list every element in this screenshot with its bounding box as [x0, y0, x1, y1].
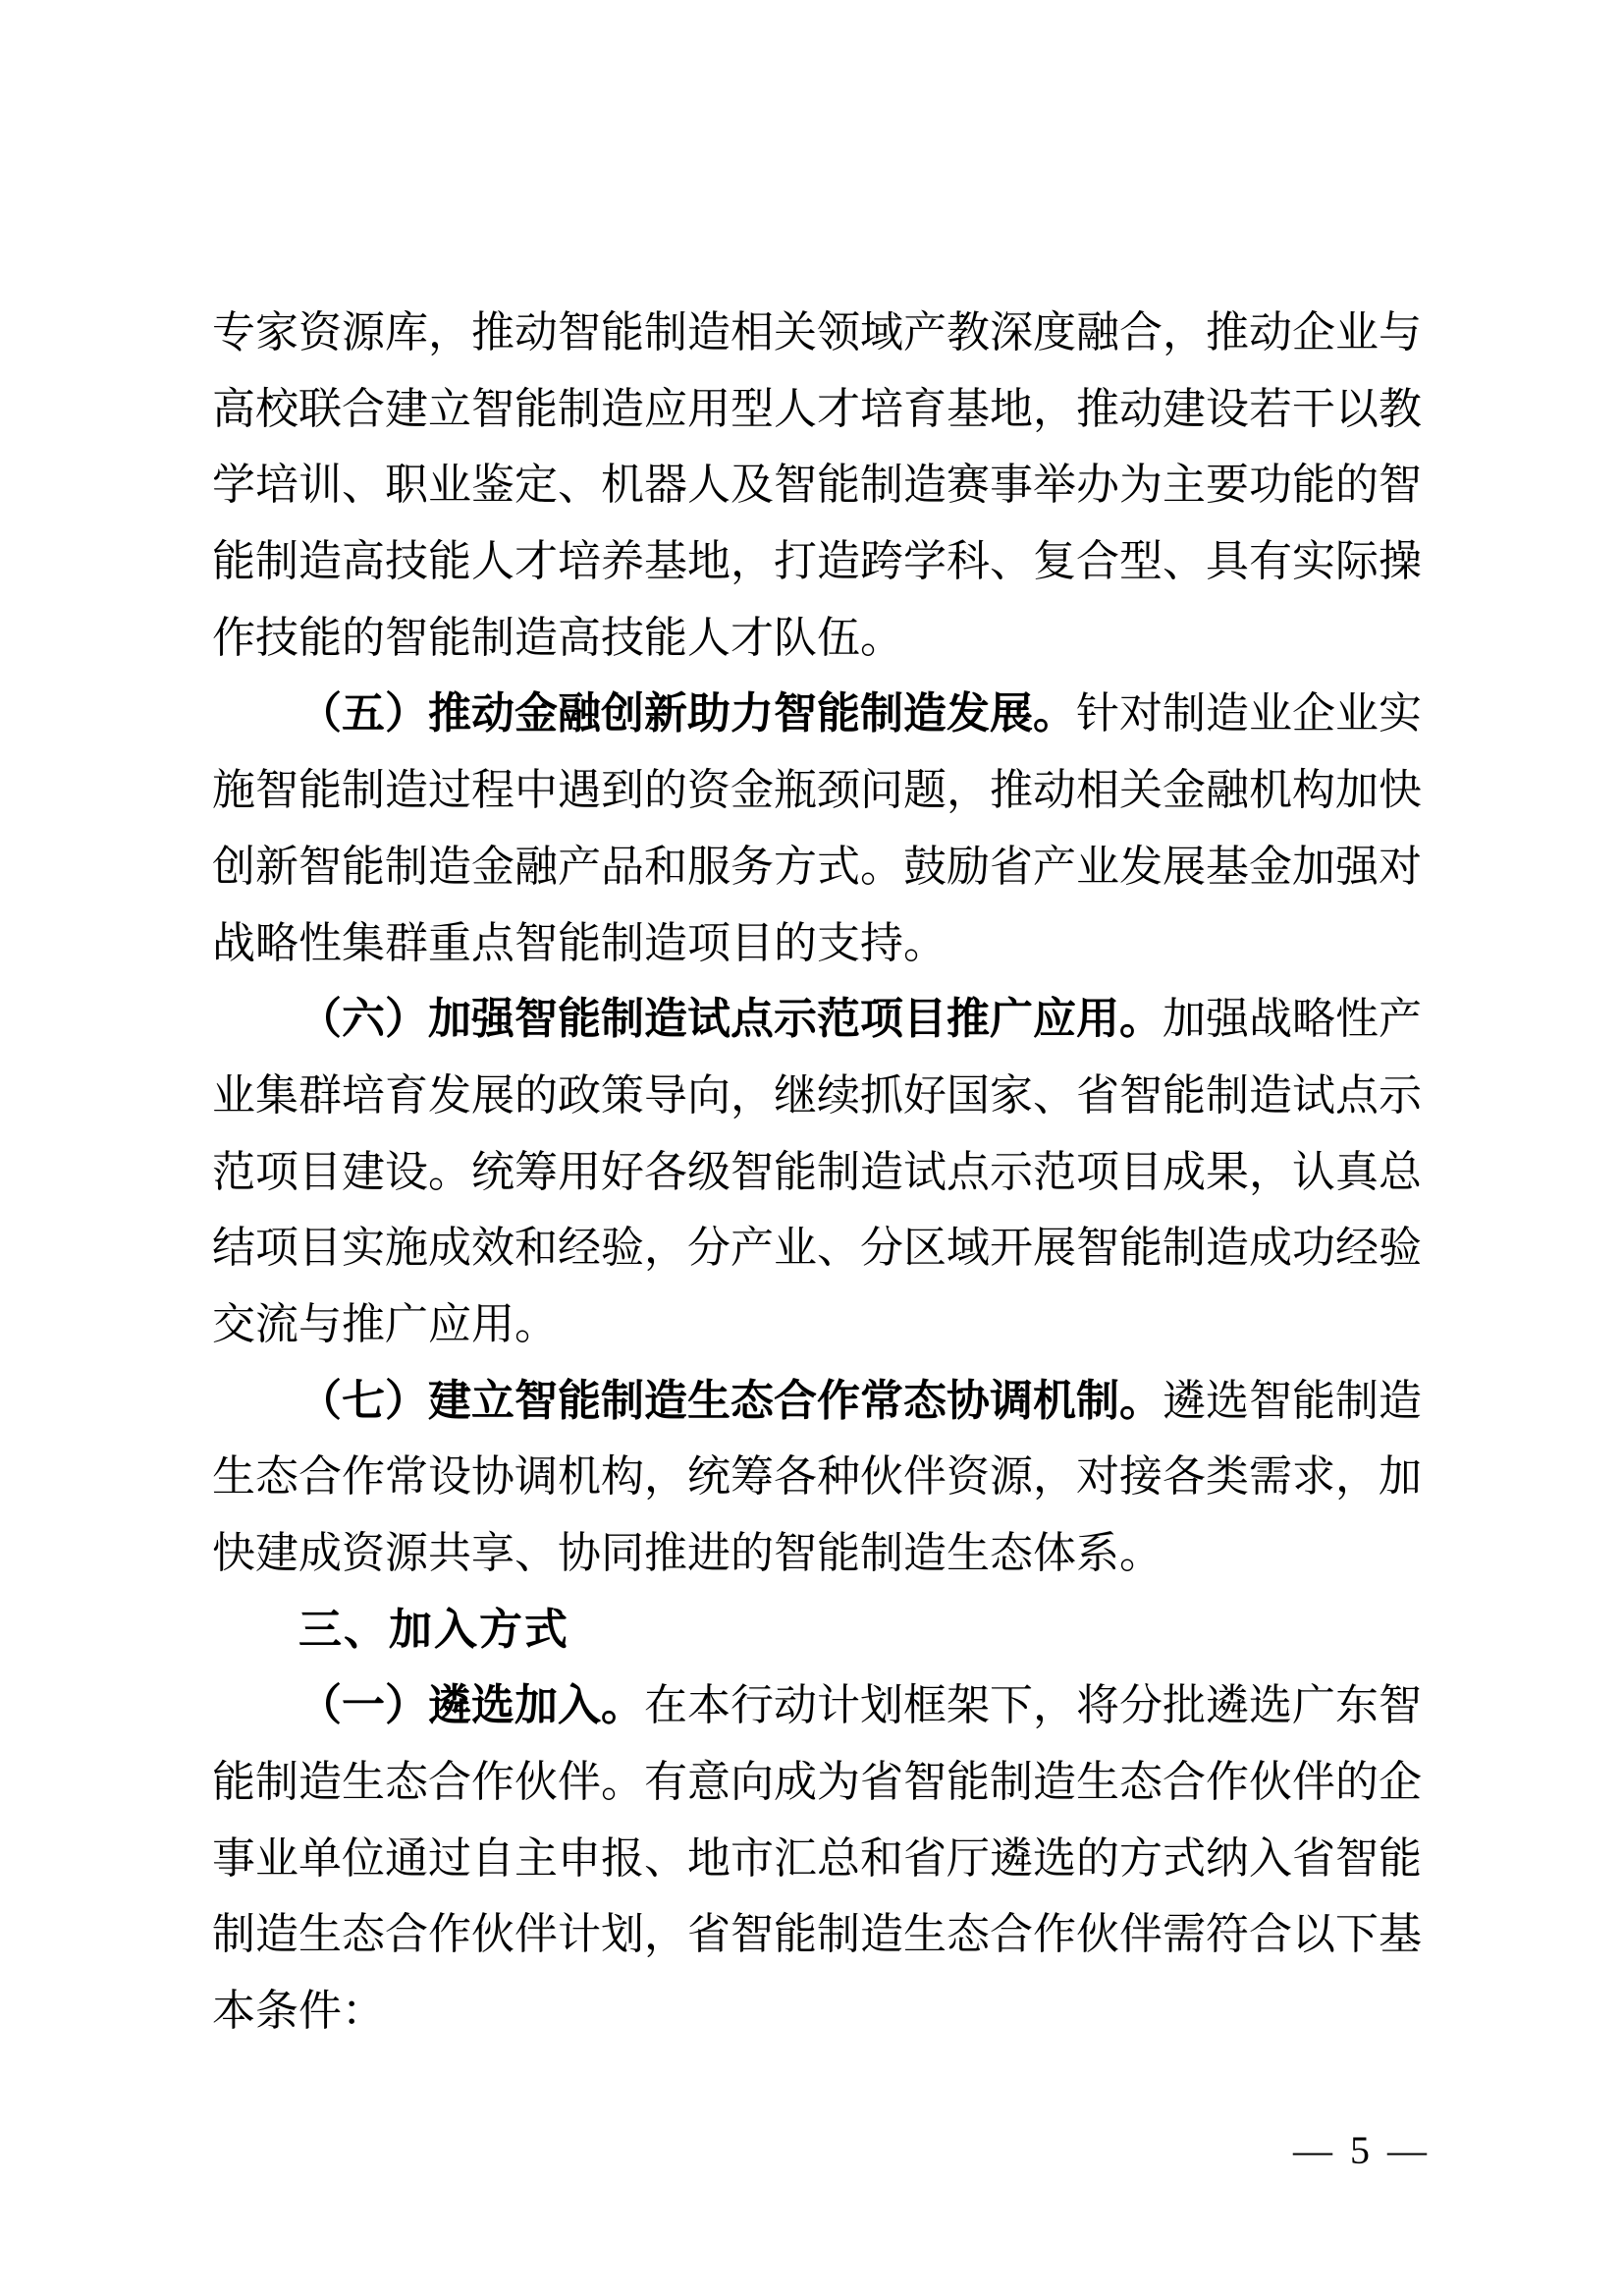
- emphasis-text: 三、加入方式: [298, 1606, 569, 1654]
- emphasis-text: （一）遴选加入。: [298, 1681, 644, 1729]
- body-text: 针对制造业企业实: [1076, 689, 1422, 738]
- body-text: 本条件：: [212, 1987, 385, 2035]
- para4-line2: 生态合作常设协调机构，统筹各种伙伴资源，对接各类需求，加: [212, 1439, 1422, 1515]
- emphasis-text: （七）建立智能制造生态合作常态协调机制。: [298, 1377, 1163, 1425]
- body-text: 制造生态合作伙伴计划，省智能制造生态合作伙伴需符合以下基: [212, 1910, 1422, 1958]
- body-text: 创新智能制造金融产品和服务方式。鼓励省产业发展基金加强对: [212, 843, 1422, 891]
- para2-line2: 施智能制造过程中遇到的资金瓶颈问题，推动相关金融机构加快: [212, 752, 1422, 829]
- para1-line5: 作技能的智能制造高技能人才队伍。: [212, 600, 1422, 677]
- body-text: 能制造高技能人才培养基地，打造跨学科、复合型、具有实际操: [212, 537, 1422, 585]
- body-text: 范项目建设。统筹用好各级智能制造试点示范项目成果，认真总: [212, 1148, 1422, 1196]
- para3-line2: 业集群培育发展的政策导向，继续抓好国家、省智能制造试点示: [212, 1058, 1422, 1134]
- para5-line2: 能制造生态合作伙伴。有意向成为省智能制造生态合作伙伴的企: [212, 1744, 1422, 1821]
- para2-line1: （五）推动金融创新助力智能制造发展。针对制造业企业实: [212, 676, 1422, 752]
- para2-line3: 创新智能制造金融产品和服务方式。鼓励省产业发展基金加强对: [212, 829, 1422, 905]
- page-number: — 5 —: [1293, 2129, 1427, 2172]
- body-text: 学培训、职业鉴定、机器人及智能制造赛事举办为主要功能的智: [212, 461, 1422, 509]
- body-text: 事业单位通过自主申报、地市汇总和省厅遴选的方式纳入省智能: [212, 1834, 1422, 1883]
- para3-line3: 范项目建设。统筹用好各级智能制造试点示范项目成果，认真总: [212, 1134, 1422, 1211]
- emphasis-text: （五）推动金融创新助力智能制造发展。: [298, 689, 1076, 738]
- text-block: 专家资源库，推动智能制造相关领域产教深度融合，推动企业与高校联合建立智能制造应用…: [212, 295, 1422, 2050]
- para5-line5: 本条件：: [212, 1973, 1422, 2050]
- para2-line4: 战略性集群重点智能制造项目的支持。: [212, 905, 1422, 982]
- para5-line4: 制造生态合作伙伴计划，省智能制造生态合作伙伴需符合以下基: [212, 1896, 1422, 1973]
- body-text: 战略性集群重点智能制造项目的支持。: [212, 919, 947, 967]
- document-page: 专家资源库，推动智能制造相关领域产教深度融合，推动企业与高校联合建立智能制造应用…: [0, 0, 1623, 2296]
- body-text: 遴选智能制造: [1163, 1377, 1422, 1425]
- body-text: 高校联合建立智能制造应用型人才培育基地，推动建设若干以教: [212, 385, 1422, 433]
- body-text: 在本行动计划框架下，将分批遴选广东智: [644, 1681, 1422, 1729]
- para4-line1: （七）建立智能制造生态合作常态协调机制。遴选智能制造: [212, 1363, 1422, 1440]
- section-heading: 三、加入方式: [212, 1592, 1422, 1668]
- body-text: 施智能制造过程中遇到的资金瓶颈问题，推动相关金融机构加快: [212, 766, 1422, 814]
- body-text: 作技能的智能制造高技能人才队伍。: [212, 614, 903, 662]
- emphasis-text: （六）加强智能制造试点示范项目推广应用。: [298, 995, 1163, 1043]
- para3-line1: （六）加强智能制造试点示范项目推广应用。加强战略性产: [212, 981, 1422, 1058]
- body-text: 快建成资源共享、协同推进的智能制造生态体系。: [212, 1529, 1163, 1577]
- para1-line2: 高校联合建立智能制造应用型人才培育基地，推动建设若干以教: [212, 371, 1422, 448]
- body-text: 业集群培育发展的政策导向，继续抓好国家、省智能制造试点示: [212, 1071, 1422, 1120]
- body-text: 加强战略性产: [1163, 995, 1422, 1043]
- para1-line1: 专家资源库，推动智能制造相关领域产教深度融合，推动企业与: [212, 295, 1422, 371]
- body-text: 交流与推广应用。: [212, 1300, 558, 1348]
- body-text: 能制造生态合作伙伴。有意向成为省智能制造生态合作伙伴的企: [212, 1758, 1422, 1806]
- para1-line3: 学培训、职业鉴定、机器人及智能制造赛事举办为主要功能的智: [212, 447, 1422, 523]
- para4-line3: 快建成资源共享、协同推进的智能制造生态体系。: [212, 1515, 1422, 1592]
- para1-line4: 能制造高技能人才培养基地，打造跨学科、复合型、具有实际操: [212, 523, 1422, 600]
- body-text: 专家资源库，推动智能制造相关领域产教深度融合，推动企业与: [212, 308, 1422, 356]
- para5-line3: 事业单位通过自主申报、地市汇总和省厅遴选的方式纳入省智能: [212, 1821, 1422, 1897]
- para3-line5: 交流与推广应用。: [212, 1286, 1422, 1363]
- para5-line1: （一）遴选加入。在本行动计划框架下，将分批遴选广东智: [212, 1667, 1422, 1744]
- body-text: 结项目实施成效和经验，分产业、分区域开展智能制造成功经验: [212, 1224, 1422, 1272]
- body-text: 生态合作常设协调机构，统筹各种伙伴资源，对接各类需求，加: [212, 1452, 1422, 1501]
- para3-line4: 结项目实施成效和经验，分产业、分区域开展智能制造成功经验: [212, 1210, 1422, 1286]
